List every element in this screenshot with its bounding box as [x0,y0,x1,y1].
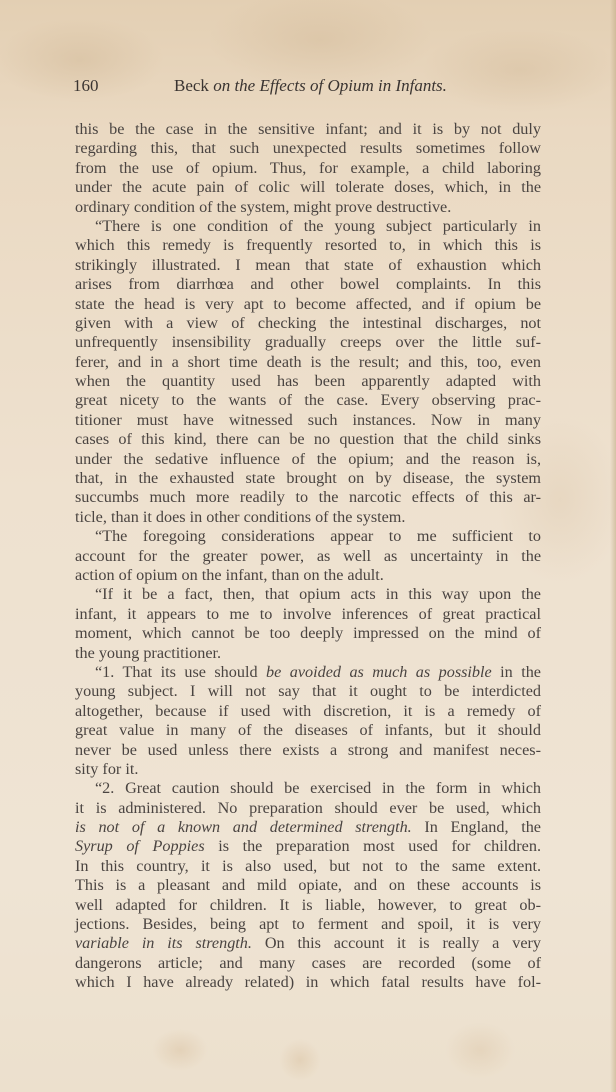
text-segment: On this account it is really a very [252,934,541,952]
text-line: under the acute pain of colic will toler… [75,178,541,197]
text-line: unfrequently insensibility gradually cre… [75,333,541,352]
italic-emphasis: Syrup of Poppies [75,837,205,855]
text-line: this be the case in the sensitive infant… [75,120,541,139]
text-segment: in the [492,663,541,681]
text-line: jections. Besides, being apt to ferment … [75,915,541,934]
text-line: “2. Great caution should be exercised in… [75,779,541,798]
italic-emphasis: is not of a known and determined strengt… [75,818,412,836]
text-line: titioner must have witnessed such instan… [75,411,541,430]
text-line: never be used unless there exists a stro… [75,741,541,760]
text-line: the young practitioner. [75,644,541,663]
italic-emphasis: be avoided as much as possible [266,663,492,681]
text-line: it is administered. No preparation shoul… [75,799,541,818]
text-line: This is a pleasant and mild opiate, and … [75,876,541,895]
text-segment: “1. That its use should [95,663,266,681]
text-line: under the sedative influence of the opiu… [75,450,541,469]
text-line: cases of this kind, there can be no ques… [75,430,541,449]
text-line: “1. That its use should be avoided as mu… [75,663,541,682]
text-line: dangerons article; and many cases are re… [75,954,541,973]
text-line: ferer, and in a short time death is the … [75,353,541,372]
text-line: altogether, because if used with discret… [75,702,541,721]
text-segment: is the preparation most used for childre… [205,837,541,855]
text-line: which I have already related) in which f… [75,973,541,992]
text-line: ordinary condition of the system, might … [75,198,541,217]
text-line: which this remedy is frequently resorted… [75,236,541,255]
book-page: 160 Beck on the Effects of Opium in Infa… [0,0,616,1092]
text-line: young subject. I will not say that it ou… [75,682,541,701]
running-title-author: Beck [174,76,209,95]
text-line: ticle, than it does in other conditions … [75,508,541,527]
text-line: “If it be a fact, then, that opium acts … [75,585,541,604]
text-line: from the use of opium. Thus, for example… [75,159,541,178]
text-line: “The foregoing considerations appear to … [75,527,541,546]
text-line: arises from diarrhœa and other bowel com… [75,275,541,294]
text-line: “There is one condition of the young sub… [75,217,541,236]
text-line: account for the greater power, as well a… [75,547,541,566]
text-line: sity for it. [75,760,541,779]
text-line: great value in many of the diseases of i… [75,721,541,740]
text-line: regarding this, that such unexpected res… [75,139,541,158]
text-line: that, in the exhausted state brought on … [75,469,541,488]
text-line: is not of a known and determined strengt… [75,818,541,837]
text-line: succumbs much more readily to the narcot… [75,488,541,507]
text-line: action of opium on the infant, than on t… [75,566,541,585]
body-text: this be the case in the sensitive infant… [75,120,541,993]
running-header: 160 Beck on the Effects of Opium in Infa… [73,76,543,96]
text-line: infant, it appears to me to involve infe… [75,605,541,624]
running-title: Beck on the Effects of Opium in Infants. [174,76,447,96]
page-number: 160 [73,76,99,96]
text-line: well adapted for children. It is liable,… [75,896,541,915]
text-line: variable in its strength. On this accoun… [75,934,541,953]
italic-emphasis: variable in its strength. [75,934,252,952]
text-segment: In England, the [412,818,541,836]
text-line: when the quantity used has been apparent… [75,372,541,391]
text-line: In this country, it is also used, but no… [75,857,541,876]
text-line: state the head is very apt to become aff… [75,295,541,314]
text-line: strikingly illustrated. I mean that stat… [75,256,541,275]
running-title-subject: on the Effects of Opium in Infants. [213,76,447,95]
text-line: great nicety to the wants of the case. E… [75,391,541,410]
text-line: given with a view of checking the intest… [75,314,541,333]
text-line: Syrup of Poppies is the preparation most… [75,837,541,856]
text-line: moment, which cannot be too deeply impre… [75,624,541,643]
